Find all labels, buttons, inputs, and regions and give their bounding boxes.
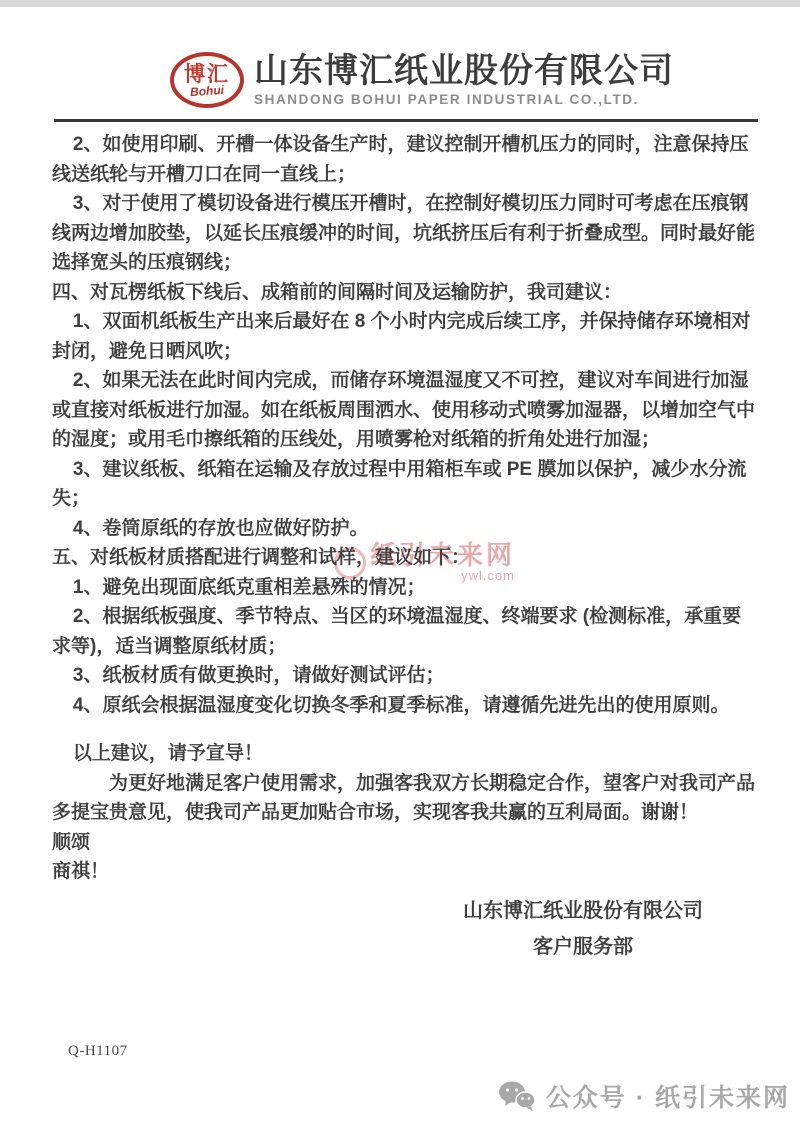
- scan-top-edge: [0, 0, 800, 7]
- letterhead: 博汇 Bohui 山东博汇纸业股份有限公司 SHANDONG BOHUI PAP…: [170, 52, 674, 108]
- paragraph: 商祺！: [52, 857, 758, 887]
- paragraph: 4、卷筒原纸的存放也应做好防护。: [52, 514, 758, 544]
- company-name-en: SHANDONG BOHUI PAPER INDUSTRIAL CO.,LTD.: [254, 92, 674, 107]
- footer-text: 公众号 · 纸引未来网: [546, 1078, 790, 1114]
- doc-code: Q-H1107: [68, 1043, 128, 1060]
- paragraph: 2、根据纸板强度、季节特点、当区的环境温湿度、终端要求 (检测标准，承重要求等)…: [52, 602, 758, 661]
- paragraph: 3、建议纸板、纸箱在运输及存放过程中用箱柜车或 PE 膜加以保护，减少水分流失；: [52, 455, 758, 514]
- wechat-icon: [498, 1080, 536, 1112]
- paragraph: 3、纸板材质有做更换时，请做好测试评估；: [52, 661, 758, 691]
- paragraph: 4、原纸会根据温湿度变化切换冬季和夏季标准，请遵循先进先出的使用原则。: [52, 691, 758, 721]
- paragraph: 1、双面机纸板生产出来后最好在 8 个小时内完成后续工序，并保持储存环境相对封闭…: [52, 307, 758, 366]
- page-footer: 公众号 · 纸引未来网: [0, 1078, 790, 1114]
- paragraph: 四、对瓦楞纸板下线后、成箱前的间隔时间及运输防护，我司建议：: [52, 278, 758, 308]
- logo-script-text: Bohui: [190, 84, 225, 98]
- company-name: 山东博汇纸业股份有限公司: [254, 52, 674, 90]
- paragraph: 五、对纸板材质搭配进行调整和试样，建议如下：: [52, 543, 758, 573]
- signature-block: 山东博汇纸业股份有限公司 客户服务部: [438, 893, 728, 965]
- document-body: 2、如使用印刷、开槽一体设备生产时，建议控制开槽机压力的同时，注意保持压线送纸轮…: [52, 130, 758, 887]
- bohui-logo-icon: 博汇 Bohui: [170, 52, 244, 108]
- signature-dept: 客户服务部: [438, 929, 728, 965]
- paragraph: 1、避免出现面底纸克重相差悬殊的情况；: [52, 573, 758, 603]
- header-divider: [54, 119, 758, 122]
- paragraph: 2、如果无法在此时间内完成，而储存环境温湿度又不可控，建议对车间进行加湿或直接对…: [52, 366, 758, 455]
- company-title-block: 山东博汇纸业股份有限公司 SHANDONG BOHUI PAPER INDUST…: [254, 52, 674, 107]
- paragraph: 为更好地满足客户使用需求，加强客我双方长期稳定合作，望客户对我司产品多提宝贵意见…: [52, 769, 758, 828]
- paragraph: 3、对于使用了模切设备进行模压开槽时，在控制好模切压力同时可考虑在压痕钢线两边增…: [52, 189, 758, 278]
- paragraph: 以上建议，请予宣导！: [52, 739, 758, 769]
- paragraph: 顺颂: [52, 828, 758, 858]
- paragraph: 2、如使用印刷、开槽一体设备生产时，建议控制开槽机压力的同时，注意保持压线送纸轮…: [52, 130, 758, 189]
- signature-company: 山东博汇纸业股份有限公司: [438, 893, 728, 929]
- document-page: 博汇 Bohui 山东博汇纸业股份有限公司 SHANDONG BOHUI PAP…: [0, 0, 800, 1129]
